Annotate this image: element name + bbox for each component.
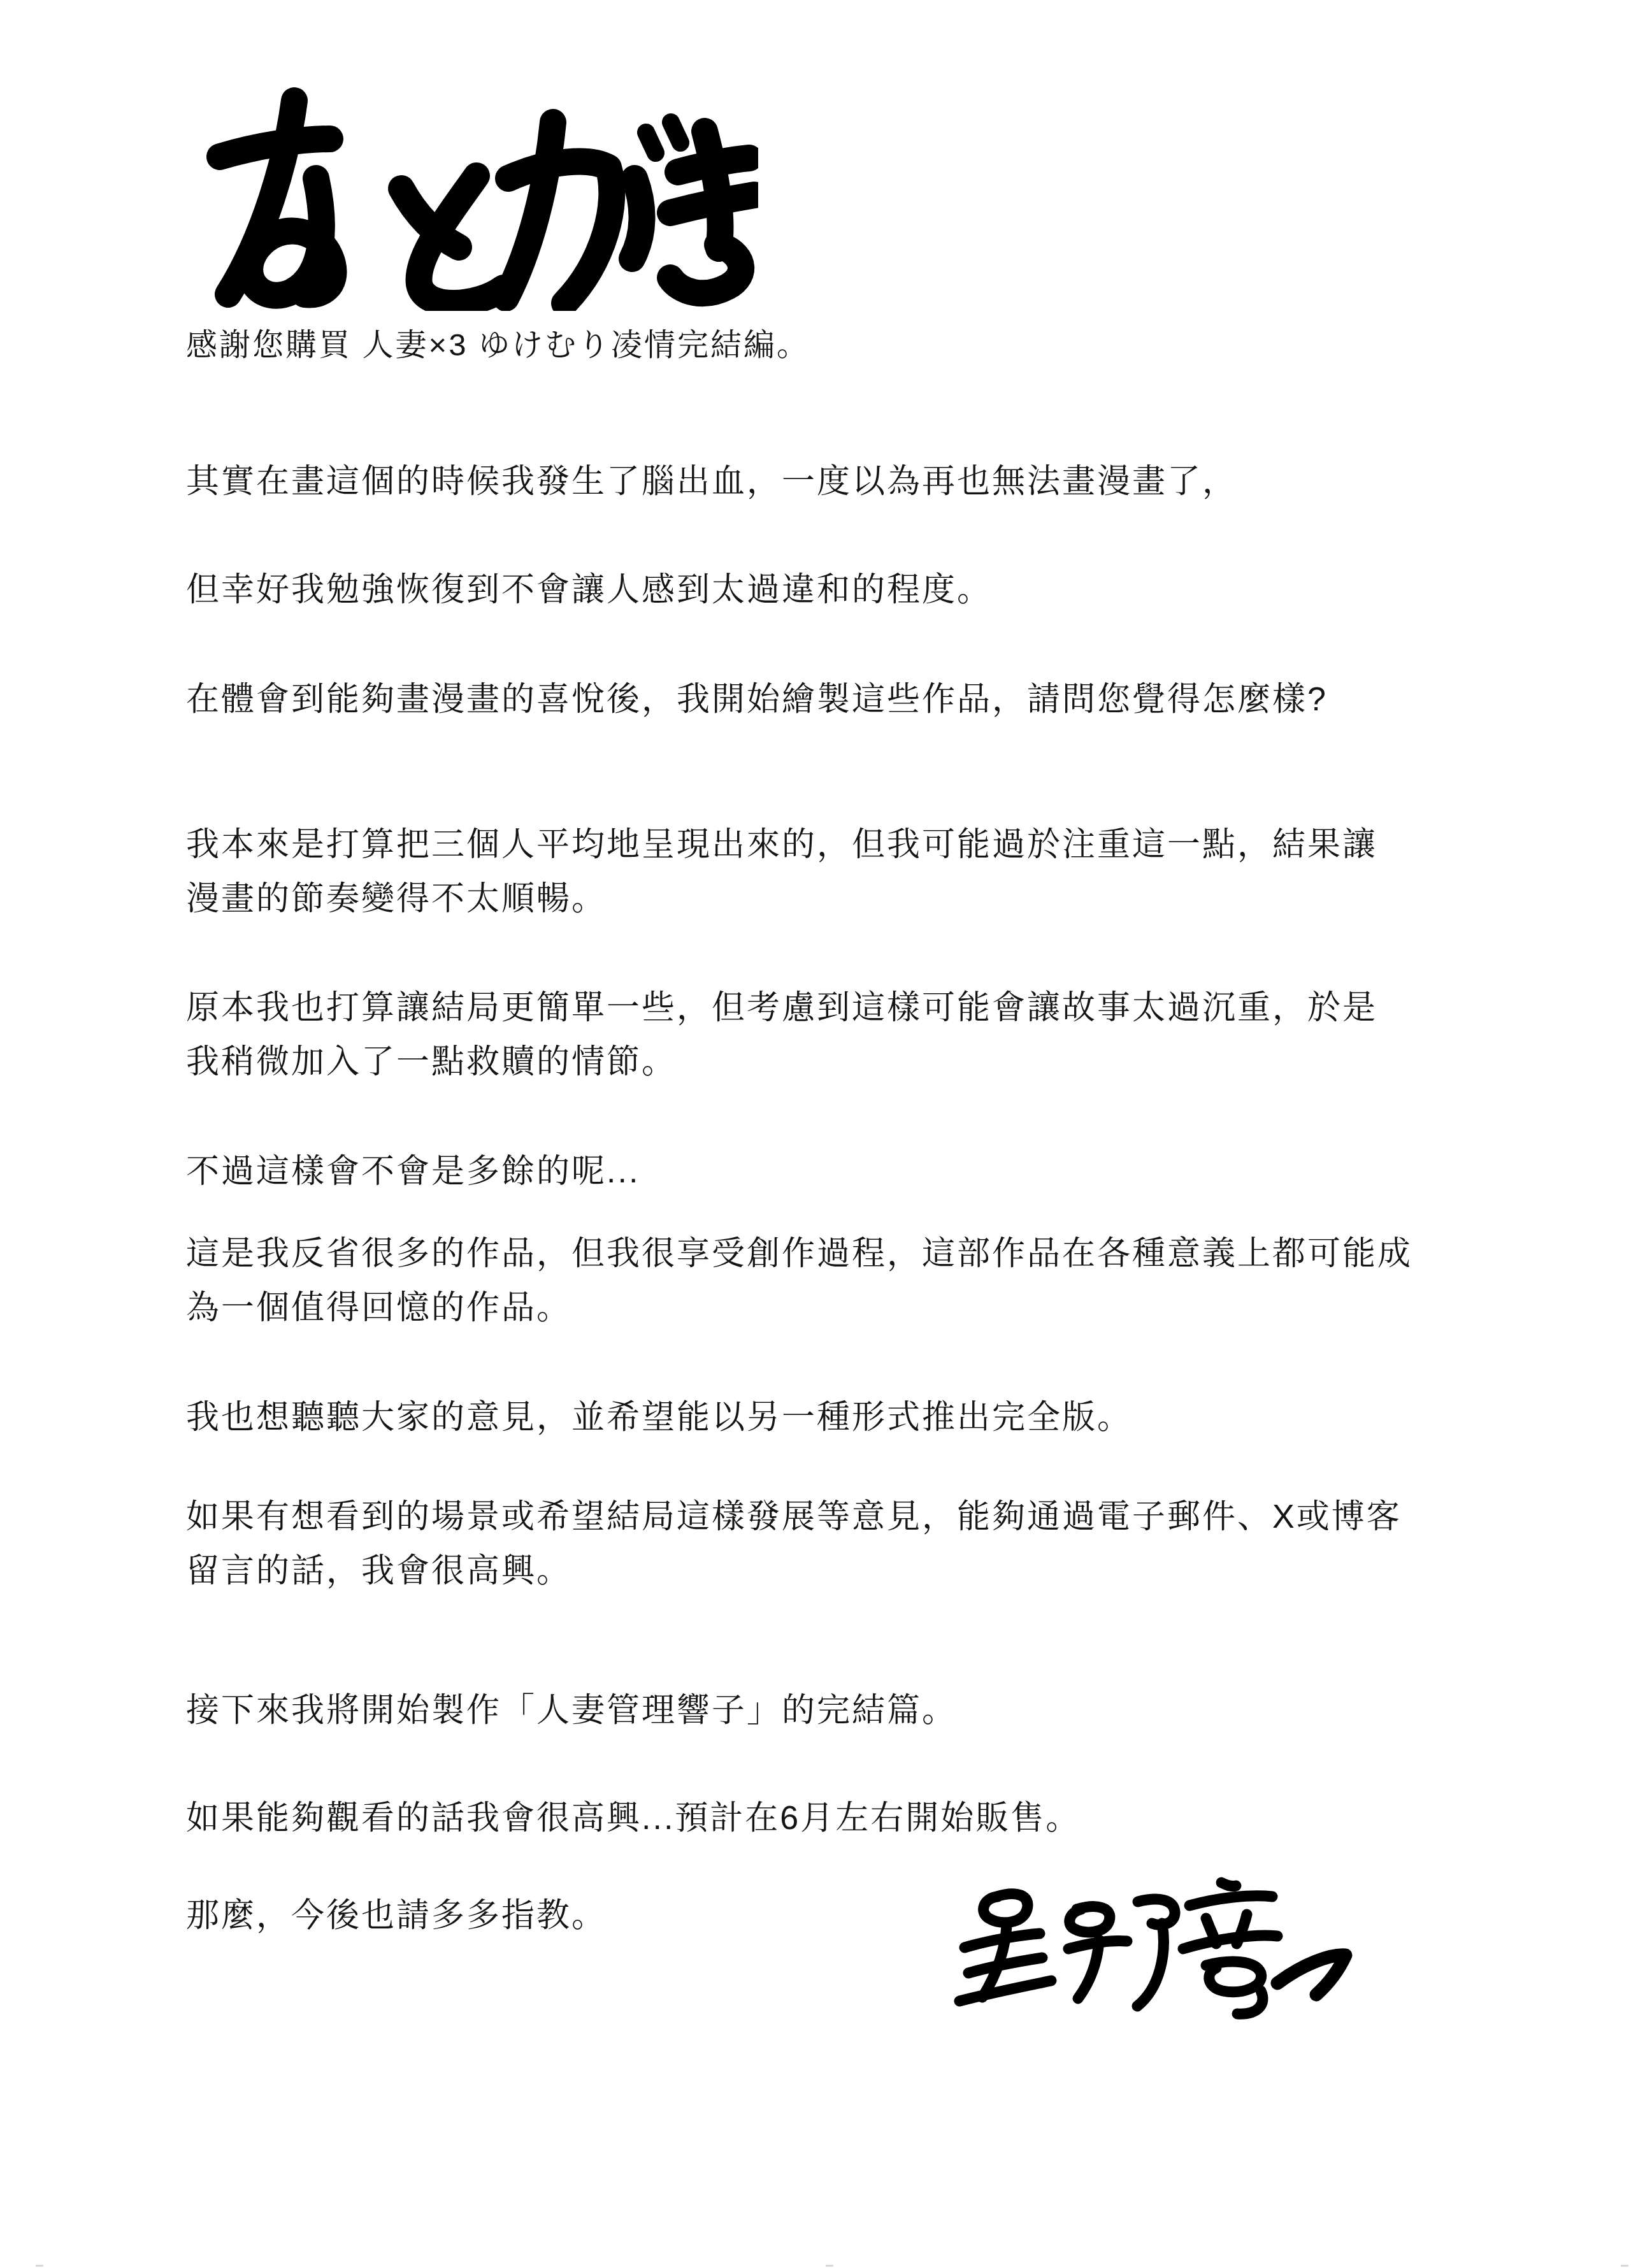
afterword-paragraph: 原本我也打算讓結局更簡單一些，但考慮到這樣可能會讓故事太過沉重，於是 我稍微加入… <box>186 981 1562 1089</box>
afterword-paragraph: 其實在畫這個的時候我發生了腦出血，一度以為再也無法畫漫畫了， <box>186 455 1562 509</box>
afterword-paragraph: 我也想聽聽大家的意見，並希望能以另一種形式推出完全版。 <box>186 1391 1562 1445</box>
afterword-paragraph: 但幸好我勉強恢復到不會讓人感到太過違和的程度。 <box>186 563 1562 617</box>
afterword-title-calligraphy <box>191 82 758 311</box>
afterword-paragraph: 如果有想看到的場景或希望結局這樣發展等意見，能夠通過電子郵件、X或博客 留言的話… <box>186 1490 1562 1598</box>
scan-edge-mark <box>36 2265 43 2267</box>
afterword-paragraph: 如果能夠觀看的話我會很高興...預計在6月左右開始販售。 <box>186 1791 1562 1846</box>
afterword-paragraph: 不過這樣會不會是多餘的呢... <box>186 1145 1562 1199</box>
afterword-paragraph: 這是我反省很多的作品，但我很享受創作過程，這部作品在各種意義上都可能成 為一個值… <box>186 1227 1562 1335</box>
scan-edge-mark <box>1621 2265 1628 2267</box>
afterword-paragraph: 感謝您購買 人妻×3 ゆけむり凌情完結編。 <box>186 319 1562 373</box>
afterword-paragraph: 在體會到能夠畫漫畫的喜悅後，我開始繪製這些作品，請問您覺得怎麼樣? <box>186 673 1562 727</box>
afterword-paragraph: 接下來我將開始製作「人妻管理響子」的完結篇。 <box>186 1684 1562 1738</box>
author-signature-calligraphy <box>943 1870 1363 2023</box>
afterword-paragraph: 我本來是打算把三個人平均地呈現出來的，但我可能過於注重這一點，結果讓 漫畫的節奏… <box>186 818 1562 926</box>
afterword-page: 感謝您購買 人妻×3 ゆけむり凌情完結編。 其實在畫這個的時候我發生了腦出血，一… <box>0 0 1631 2268</box>
scan-edge-mark <box>826 2265 833 2267</box>
